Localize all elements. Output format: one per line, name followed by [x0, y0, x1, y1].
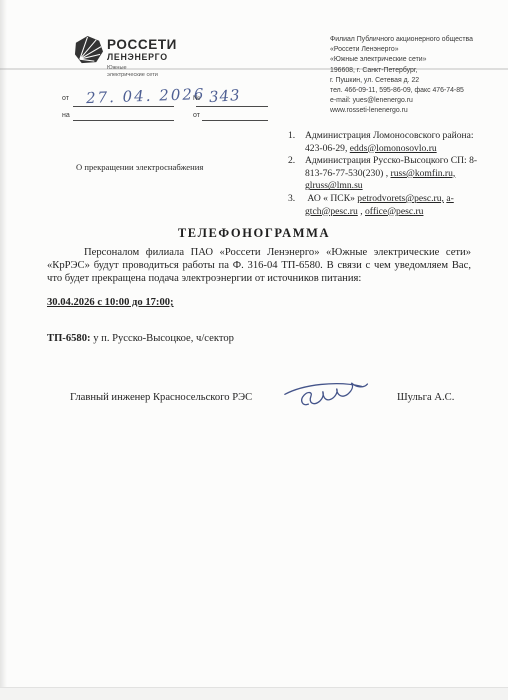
scanned-letter-page: РОССЕТИ ЛЕНЭНЕРГО Южные электрические се…	[0, 0, 508, 700]
handwritten-number: 343	[208, 86, 241, 106]
org-address-block: Филиал Публичного акционерного общества«…	[330, 35, 492, 117]
brand-branch-line1: Южные	[107, 65, 127, 71]
recipient-text: АО « ПСК»	[305, 193, 357, 204]
field-label-number: №	[193, 95, 201, 102]
recipient-email: office@pesc.ru	[365, 206, 423, 217]
org-address-line: г. Пушкин, ул. Сетевая д. 22	[330, 76, 492, 86]
recipient-email: russ@komfin.ru,	[391, 168, 456, 179]
recipient-number: 3.	[288, 193, 305, 206]
signer-role: Главный инженер Красносельского РЭС	[70, 392, 252, 403]
field-label-from: от	[62, 95, 69, 102]
org-address-line: e-mail: yues@lenenergo.ru	[330, 96, 492, 106]
outage-schedule: 30.04.2026 с 10:00 до 17:00;	[47, 297, 174, 308]
recipient-item: 2.Администрация Русско-Высоцкого СП: 8-8…	[288, 155, 482, 193]
tp-location: у п. Русско-Высоцкое, ч/сектор	[91, 333, 234, 344]
recipient-text: ,	[358, 206, 365, 217]
recipient-item: 3. АО « ПСК» petrodvorets@pesc.ru, a-gtc…	[288, 193, 482, 218]
recipient-number: 1.	[288, 130, 305, 143]
rosseti-logo-icon	[73, 35, 104, 65]
brand-branch-line2: электрические сети	[107, 72, 158, 78]
recipient-email: glruss@lmn.su	[305, 180, 363, 191]
handwritten-date: 27. 04. 2026	[86, 85, 206, 107]
field-rule-number	[196, 106, 268, 107]
org-address-line: тел. 466-09-11, 595-86-09, факс 476-74-8…	[330, 86, 492, 96]
org-address-line: «Россети Ленэнерго»	[330, 45, 492, 55]
field-rule-from	[73, 106, 174, 107]
body-paragraph: Персоналом филиала ПАО «Россети Ленэнерг…	[47, 246, 471, 286]
subject-line: О прекращении электроснабжения	[76, 162, 203, 172]
signer-name: Шульга А.С.	[397, 392, 454, 403]
field-label-reply-from: от	[193, 112, 200, 119]
scan-edge-left	[0, 0, 7, 700]
recipient-item: 1.Администрация Ломоносовского района: 4…	[288, 130, 482, 155]
field-rule-reply-from	[202, 120, 268, 121]
tp-location-line: ТП-6580: у п. Русско-Высоцкое, ч/сектор	[47, 333, 234, 344]
org-address-line: Филиал Публичного акционерного общества	[330, 35, 492, 45]
document-title: ТЕЛЕФОНОГРАММА	[0, 226, 508, 241]
field-rule-reply-to	[73, 120, 174, 121]
org-address-line: «Южные электрические сети»	[330, 55, 492, 65]
field-label-reply-to: на	[62, 112, 70, 119]
scan-edge-bottom	[0, 687, 508, 700]
handwritten-signature	[281, 377, 379, 416]
tp-id: ТП-6580:	[47, 333, 91, 344]
recipient-email: edds@lomonosovlo.ru	[350, 143, 437, 154]
brand-name: РОССЕТИ	[107, 37, 177, 52]
brand-subname: ЛЕНЭНЕРГО	[107, 52, 168, 62]
org-address-line: 196608, г. Санкт-Петербург,	[330, 66, 492, 76]
recipient-number: 2.	[288, 155, 305, 168]
recipients-list: 1.Администрация Ломоносовского района: 4…	[288, 130, 482, 218]
recipient-email: petrodvorets@pesc.ru,	[357, 193, 444, 204]
org-address-line: www.rosseti-lenenergo.ru	[330, 106, 492, 116]
